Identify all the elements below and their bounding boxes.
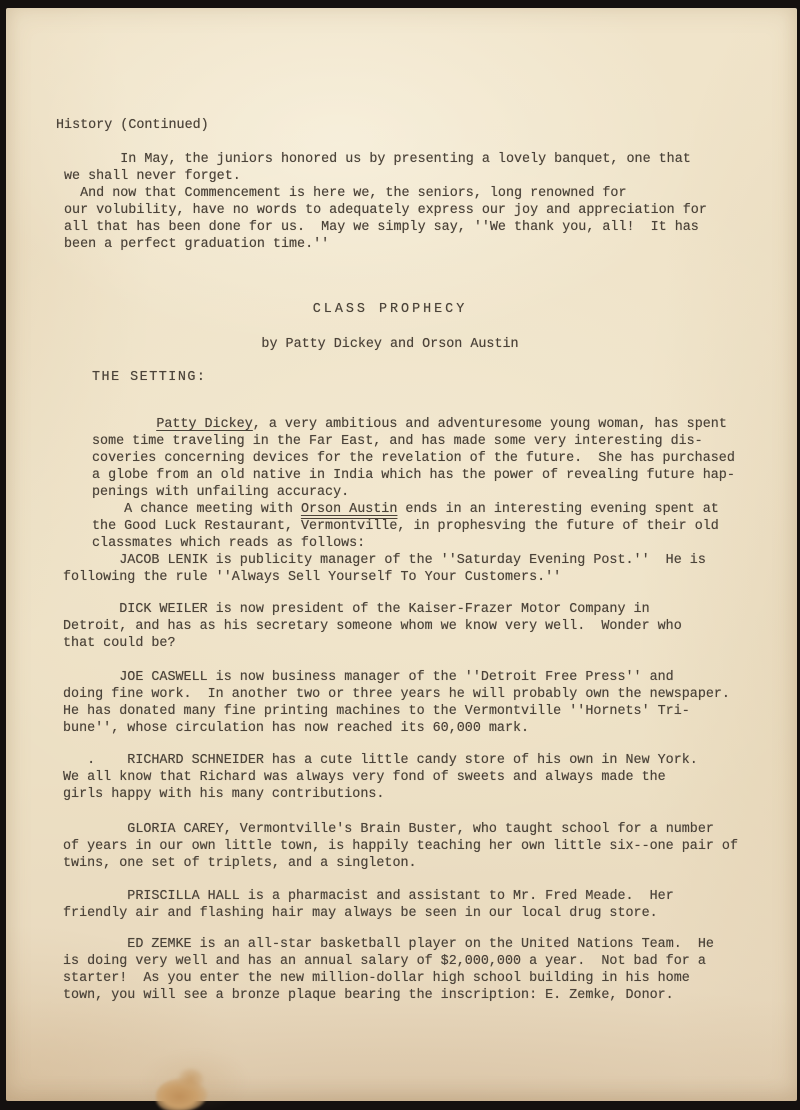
byline: by Patty Dickey and Orson Austin: [40, 336, 740, 353]
scanned-yearbook-page: { "palette": { "frame": "#14100f", "pape…: [0, 0, 800, 1110]
orson-austin-name: Orson Austin: [301, 502, 397, 517]
prophecy-entry-jacob-lenik: JACOB LENIK is publicity manager of the …: [63, 552, 778, 586]
setting-paragraphs: Patty Dickey, a very ambitious and adven…: [92, 399, 792, 569]
history-paragraphs: In May, the juniors honored us by presen…: [64, 151, 764, 253]
prophecy-entry-priscilla-hall: PRISCILLA HALL is a pharmacist and assis…: [63, 888, 778, 922]
typewritten-content: History (Continued) In May, the juniors …: [0, 0, 800, 1110]
vermontville-name: Vermontville: [301, 519, 397, 534]
prophecy-entry-joe-caswell: JOE CASWELL is now business manager of t…: [63, 669, 778, 737]
prophecy-entry-dick-weiler: DICK WEILER is now president of the Kais…: [63, 601, 778, 652]
prophecy-entry-gloria-carey: GLORIA CAREY, Vermontville's Brain Buste…: [63, 821, 778, 872]
setting-p2-pre: A chance meeting with: [92, 502, 301, 517]
page-heading: History (Continued): [56, 117, 209, 134]
class-prophecy-title: CLASS PROPHECY: [40, 301, 740, 318]
setting-p1-indent: [124, 417, 156, 432]
patty-dickey-name: Patty Dickey: [156, 417, 252, 432]
setting-label: THE SETTING:: [92, 369, 206, 386]
prophecy-entry-richard-schneider: . RICHARD SCHNEIDER has a cute little ca…: [63, 752, 778, 803]
prophecy-entry-ed-zemke: ED ZEMKE is an all-star basketball playe…: [63, 936, 778, 1004]
